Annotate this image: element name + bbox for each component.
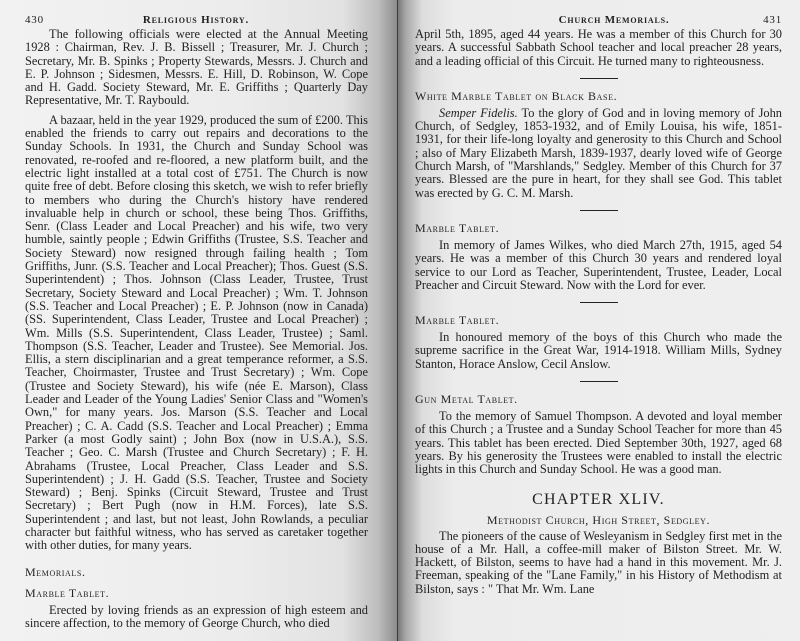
memorial-text: In memory of James Wilkes, who died Marc… <box>415 239 782 292</box>
page-number: 430 <box>25 14 44 26</box>
chapter-text: The pioneers of the cause of Wesleyanism… <box>415 530 782 596</box>
memorial-heading: Gun Metal Tablet. <box>415 392 782 407</box>
paragraph-bazaar: A bazaar, held in the year 1929, produce… <box>25 114 368 553</box>
paragraph-officials: The following officials were elected at … <box>25 28 368 108</box>
memorial-heading: Marble Tablet. <box>415 221 782 236</box>
section-head-marble-tablet: Marble Tablet. <box>25 586 368 601</box>
chapter-subtitle: Methodist Church, High Street, Sedgley. <box>415 513 782 528</box>
memorial-text: In honoured memory of the boys of this C… <box>415 331 782 371</box>
running-head-title: Religious History. <box>44 14 348 26</box>
divider-rule <box>580 302 618 303</box>
memorial-heading: White Marble Tablet on Black Base. <box>415 89 782 104</box>
book-spread: 430 Religious History. The following off… <box>0 0 800 641</box>
running-head-title: Church Memorials. <box>435 14 763 26</box>
section-head-memorials: Memorials. <box>25 565 368 580</box>
right-page: Church Memorials. 431 April 5th, 1895, a… <box>398 0 800 641</box>
memorial-text: To the memory of Samuel Thompson. A devo… <box>415 410 782 476</box>
chapter-title: CHAPTER XLIV. <box>415 491 782 509</box>
divider-rule <box>580 210 618 211</box>
memorial-text: Semper Fidelis. To the glory of God and … <box>415 107 782 200</box>
divider-rule <box>580 78 618 79</box>
left-page: 430 Religious History. The following off… <box>0 0 398 641</box>
paragraph-george-church: Erected by loving friends as an expressi… <box>25 604 368 631</box>
running-head-left: 430 Religious History. <box>25 14 368 26</box>
memorial-motto: Semper Fidelis. <box>439 106 518 120</box>
memorial-heading: Marble Tablet. <box>415 313 782 328</box>
page-number: 431 <box>763 14 782 26</box>
running-head-right: Church Memorials. 431 <box>415 14 782 26</box>
divider-rule <box>580 381 618 382</box>
paragraph-continued: April 5th, 1895, aged 44 years. He was a… <box>415 28 782 68</box>
